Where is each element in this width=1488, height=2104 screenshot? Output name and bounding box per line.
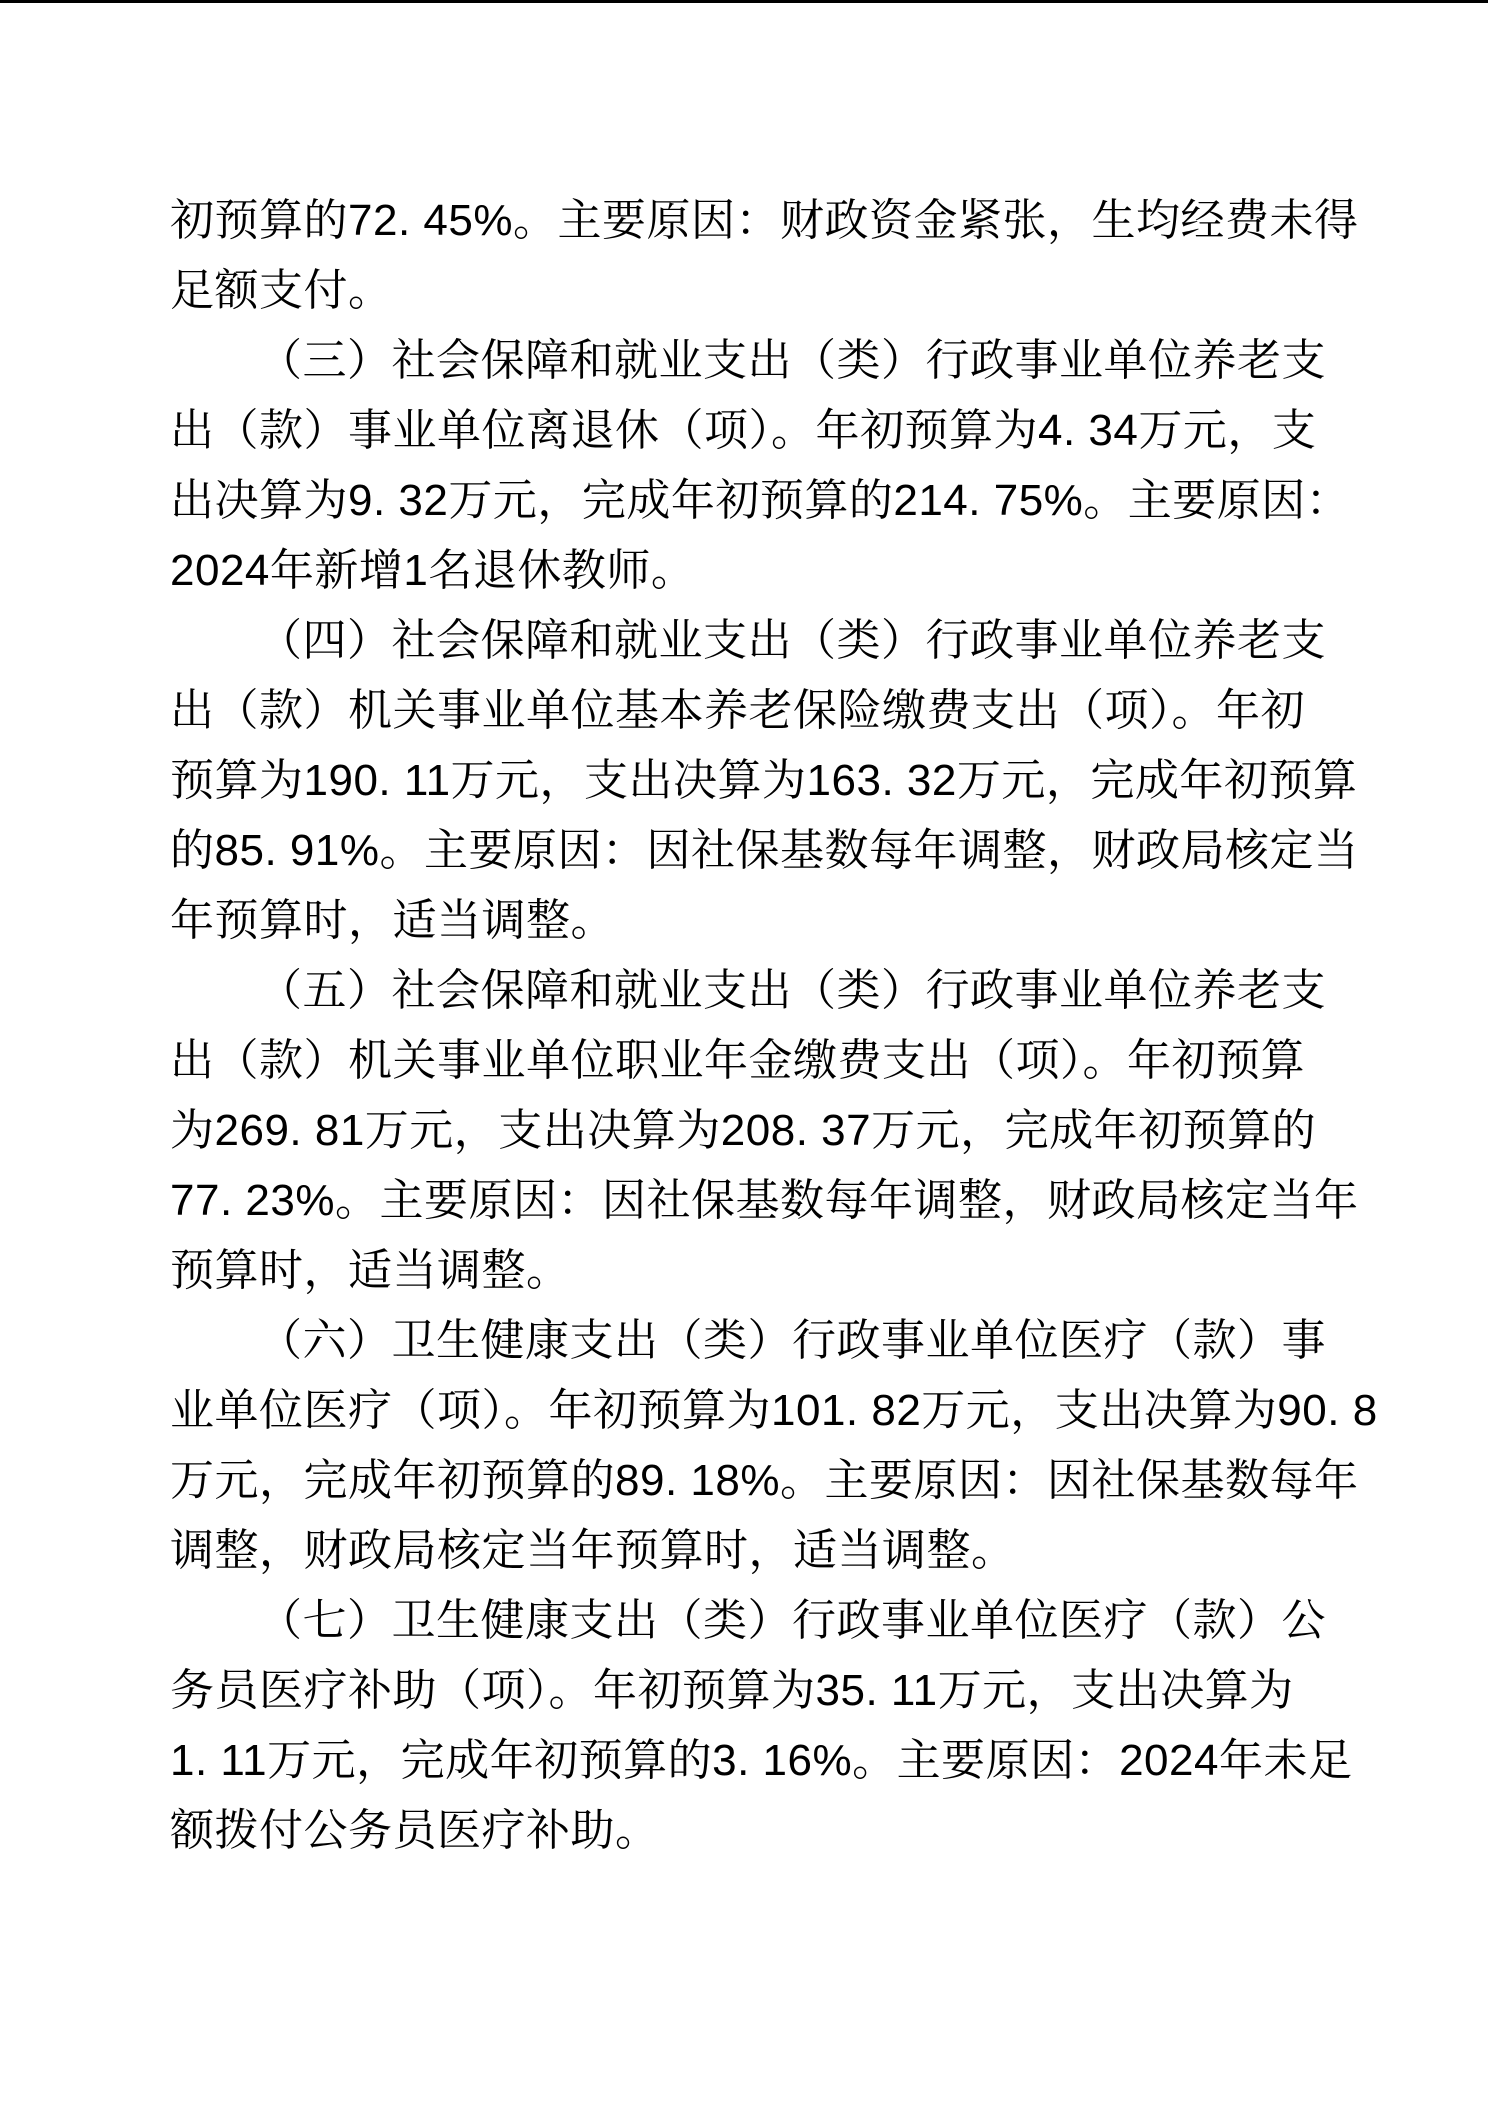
text-line: 务员医疗补助（项）。年初预算为35. 11万元，支出决算为 [170,1656,1332,1726]
text-line: 调整，财政局核定当年预算时，适当调整。 [170,1516,1332,1586]
text-line: 77. 23%。主要原因：因社保基数每年调整，财政局核定当年 [170,1166,1332,1236]
text-line: 年预算时，适当调整。 [170,886,1332,956]
text-line: 额拨付公务员医疗补助。 [170,1796,1332,1866]
text-line: （六）卫生健康支出（类）行政事业单位医疗（款）事 [170,1306,1332,1376]
text-line: （四）社会保障和就业支出（类）行政事业单位养老支 [170,606,1332,676]
text-line: 为269. 81万元，支出决算为208. 37万元，完成年初预算的 [170,1096,1332,1166]
text-line: 出（款）机关事业单位基本养老保险缴费支出（项）。年初 [170,676,1332,746]
text-line: 预算为190. 11万元，支出决算为163. 32万元，完成年初预算 [170,746,1332,816]
text-line: 业单位医疗（项）。年初预算为101. 82万元，支出决算为90. 8 [170,1376,1332,1446]
text-line: 万元，完成年初预算的89. 18%。主要原因：因社保基数每年 [170,1446,1332,1516]
document-body: 初预算的72. 45%。主要原因：财政资金紧张，生均经费未得足额支付。（三）社会… [170,186,1332,1866]
text-line: 的85. 91%。主要原因：因社保基数每年调整，财政局核定当 [170,816,1332,886]
text-line: （七）卫生健康支出（类）行政事业单位医疗（款）公 [170,1586,1332,1656]
text-line: （五）社会保障和就业支出（类）行政事业单位养老支 [170,956,1332,1026]
text-line: 出决算为9. 32万元，完成年初预算的214. 75%。主要原因： [170,466,1332,536]
document-page: 初预算的72. 45%。主要原因：财政资金紧张，生均经费未得足额支付。（三）社会… [0,0,1488,2104]
text-line: 出（款）机关事业单位职业年金缴费支出（项）。年初预算 [170,1026,1332,1096]
text-line: 2024年新增1名退休教师。 [170,536,1332,606]
text-line: 预算时，适当调整。 [170,1236,1332,1306]
text-line: 足额支付。 [170,256,1332,326]
text-line: 1. 11万元，完成年初预算的3. 16%。主要原因：2024年未足 [170,1726,1332,1796]
text-line: （三）社会保障和就业支出（类）行政事业单位养老支 [170,326,1332,396]
text-line: 出（款）事业单位离退休（项）。年初预算为4. 34万元，支 [170,396,1332,466]
text-line: 初预算的72. 45%。主要原因：财政资金紧张，生均经费未得 [170,186,1332,256]
top-edge-line [0,0,1488,3]
